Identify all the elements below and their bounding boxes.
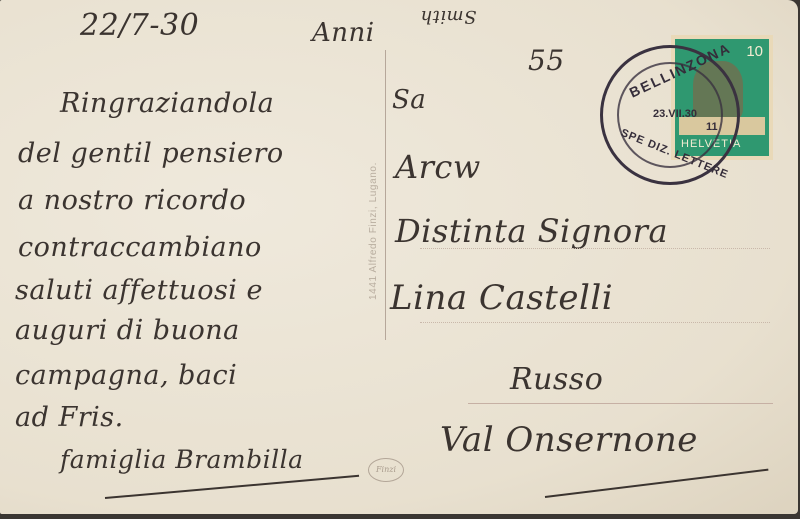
message-line: del gentil pensiero bbox=[18, 138, 284, 169]
publisher-logo: Finzi bbox=[368, 458, 404, 482]
note-upside-down: Smith bbox=[420, 6, 476, 27]
address-line-1: Arcw bbox=[395, 148, 481, 186]
message-line: contraccambiano bbox=[18, 232, 262, 263]
message-line: Ringraziandola bbox=[60, 88, 274, 119]
signature: famiglia Brambilla bbox=[60, 445, 304, 474]
postmark-hour: 11 bbox=[706, 121, 718, 133]
note-anni: Anni bbox=[312, 18, 375, 48]
address-line-2: Distinta Signora bbox=[395, 212, 668, 250]
address-line-3: Lina Castelli bbox=[390, 278, 613, 318]
message-line: saluti affettuosi e bbox=[15, 275, 263, 306]
address-salutation: Sa bbox=[392, 85, 426, 115]
center-divider bbox=[385, 50, 386, 340]
address-rule bbox=[420, 248, 770, 249]
address-rule bbox=[420, 322, 770, 323]
note-number: 55 bbox=[528, 44, 565, 77]
address-rule bbox=[468, 403, 773, 404]
address-underline bbox=[545, 469, 769, 498]
publisher-imprint: 1441 Alfredo Finzi, Lugano. bbox=[368, 162, 379, 300]
postmark: BELLINZONA 23.VII.30 11 SPE DIZ. LETTERE bbox=[600, 45, 740, 185]
address-line-5: Val Onsernone bbox=[440, 420, 698, 460]
address-line-4: Russo bbox=[510, 362, 603, 397]
date-written: 22/7-30 bbox=[80, 8, 199, 43]
postmark-date: 23.VII.30 bbox=[653, 108, 697, 120]
message-line: a nostro ricordo bbox=[18, 185, 246, 216]
signature-underline bbox=[105, 475, 359, 499]
message-line: ad Fris. bbox=[15, 402, 124, 433]
stamp-value: 10 bbox=[746, 43, 763, 60]
message-line: auguri di buona bbox=[15, 315, 240, 346]
message-line: campagna, baci bbox=[15, 360, 237, 391]
postcard-back: 22/7-30 Anni Smith 55 Ringraziandola del… bbox=[0, 0, 798, 514]
